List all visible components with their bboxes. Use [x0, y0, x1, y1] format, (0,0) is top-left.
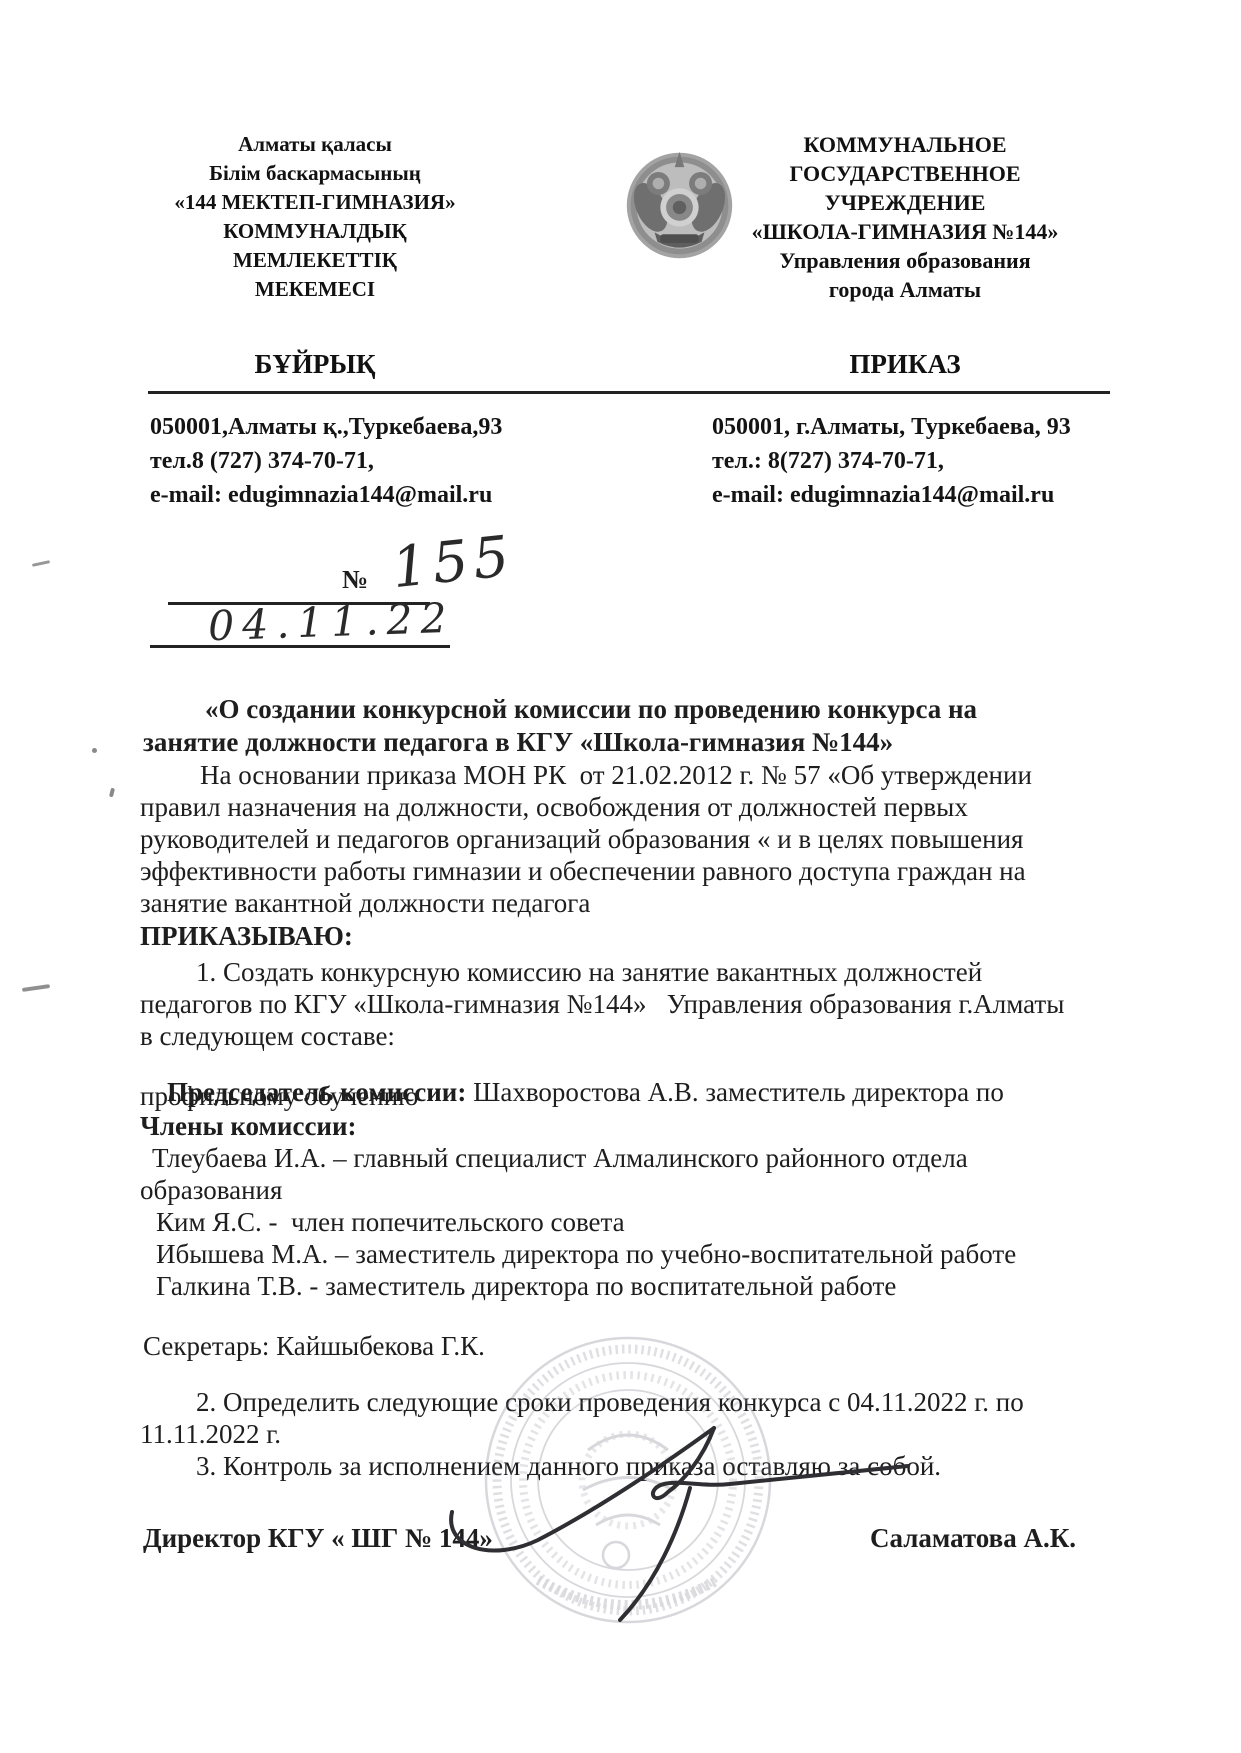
member-line-4: Галкина Т.В. - заместитель директора по …: [156, 1272, 896, 1300]
org-left-line: Алматы қаласы: [150, 130, 480, 159]
org-right-line: Управления образования: [700, 246, 1110, 275]
org-left-line: МЕМЛЕКЕТТІҚ: [150, 246, 480, 275]
order-title-line-2: занятие должности педагога в КГУ «Школа-…: [143, 728, 893, 756]
org-left-line: Білім баскармасының: [150, 159, 480, 188]
item1-line-1: 1. Создать конкурсную комиссию на заняти…: [196, 958, 982, 986]
org-right-line: КОММУНАЛЬНОЕ: [700, 130, 1110, 159]
contact-left-phone: тел.8 (727) 374-70-71,: [150, 448, 374, 475]
order-title-line-1: «О создании конкурсной комиссии по прове…: [205, 695, 977, 723]
scan-artifact-dot: [92, 748, 97, 753]
org-left-line: МЕКЕМЕСІ: [150, 275, 480, 304]
contact-right-email: e-mail: edugimnazia144@mail.ru: [712, 482, 1054, 509]
member-line-3: Ибышева М.А. – заместитель директора по …: [156, 1240, 1016, 1268]
org-right-line: «ШКОЛА-ГИМНАЗИЯ №144»: [700, 217, 1110, 246]
org-right-line: города Алматы: [700, 275, 1110, 304]
doc-type-russian: ПРИКАЗ: [700, 349, 1110, 380]
chairman-name: Шахворостова А.В. заместитель директора …: [466, 1077, 1004, 1107]
members-label: Члены комиссии:: [140, 1112, 357, 1140]
contact-left-email: e-mail: edugimnazia144@mail.ru: [150, 482, 492, 509]
member-line-2: Ким Я.С. - член попечительского совета: [156, 1208, 625, 1236]
order-word: ПРИКАЗЫВАЮ:: [140, 922, 353, 950]
header-divider-rule: [148, 391, 1110, 394]
intro-line-3: руководителей и педагогов организаций об…: [140, 825, 1023, 853]
scan-artifact-squiggle: [22, 984, 50, 992]
org-name-russian: КОММУНАЛЬНОЕ ГОСУДАРСТВЕННОЕ УЧРЕЖДЕНИЕ …: [700, 130, 1110, 304]
contact-right-address: 050001, г.Алматы, Туркебаева, 93: [712, 414, 1071, 441]
org-right-line: ГОСУДАРСТВЕННОЕ: [700, 159, 1110, 188]
intro-line-2: правил назначения на должности, освобожд…: [140, 793, 968, 821]
intro-line-4: эффективности работы гимназии и обеспече…: [140, 857, 1026, 885]
doc-type-kazakh: БҰЙРЫҚ: [150, 349, 480, 380]
handwritten-order-number: 155: [389, 524, 517, 601]
org-left-line: «144 МЕКТЕП-ГИМНАЗИЯ»: [150, 188, 480, 217]
member-line-1: Тлеубаева И.А. – главный специалист Алма…: [152, 1144, 968, 1172]
handwritten-date: 04.11.22: [207, 594, 455, 651]
contact-right-phone: тел.: 8(727) 374-70-71,: [712, 448, 944, 475]
org-left-line: КОММУНАЛДЫҚ: [150, 217, 480, 246]
number-label: №: [342, 566, 368, 593]
scanned-order-document: Алматы қаласы Білім баскармасының «144 М…: [0, 0, 1241, 1753]
scan-artifact-mark: [32, 560, 50, 567]
contact-left-address: 050001,Алматы қ.,Туркебаева,93: [150, 414, 502, 441]
intro-line-5: занятие вакантной должности педагога: [140, 889, 590, 917]
org-right-line: УЧРЕЖДЕНИЕ: [700, 188, 1110, 217]
item2-line-2: 11.11.2022 г.: [140, 1420, 281, 1448]
director-signature-icon: [430, 1320, 950, 1650]
intro-line-1: На основании приказа МОН РК от 21.02.201…: [200, 761, 1032, 789]
org-name-kazakh: Алматы қаласы Білім баскармасының «144 М…: [150, 130, 480, 304]
chairman-line-2: профильному обучению: [140, 1082, 418, 1110]
item1-line-3: в следующем составе:: [140, 1022, 395, 1050]
scan-artifact-comma: [109, 788, 115, 798]
member-line-1b: образования: [140, 1176, 282, 1204]
item1-line-2: педагогов по КГУ «Школа-гимназия №144» У…: [140, 990, 1064, 1018]
